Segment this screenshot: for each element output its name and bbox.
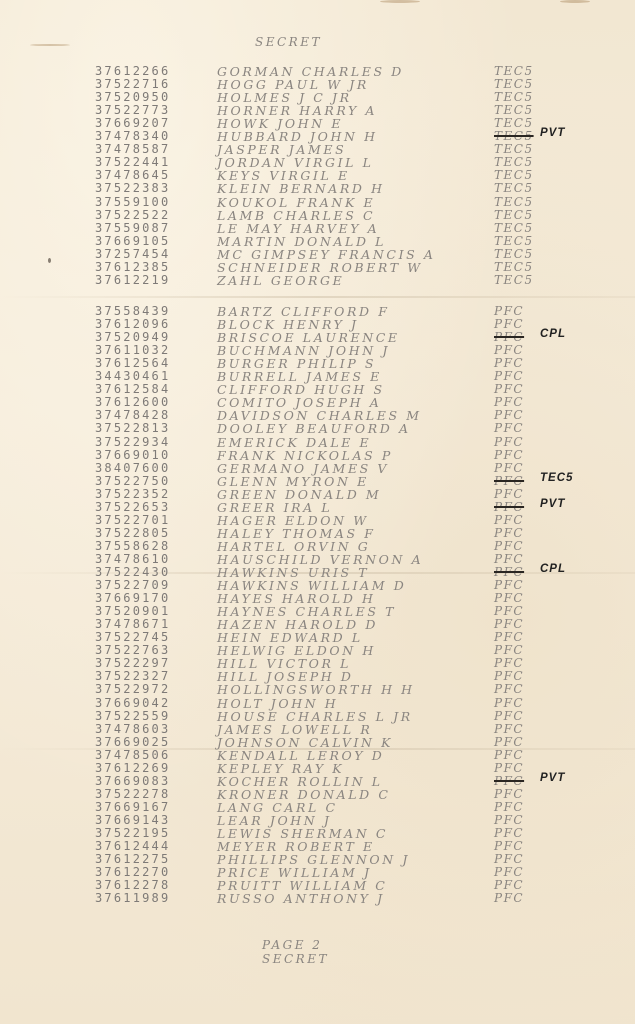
- page-number: PAGE 2: [262, 938, 329, 952]
- serial-number: 37558628: [95, 539, 170, 553]
- grade: PFC: [494, 421, 524, 435]
- serial-number: 37522813: [95, 421, 170, 435]
- grade: PFC: [494, 709, 524, 723]
- serial-number: 37478603: [95, 722, 170, 736]
- grade: TEC5: [494, 116, 534, 130]
- serial-number: 37612096: [95, 317, 170, 331]
- roster-row: 37669025JOHNSON CALVIN KPFC: [0, 735, 635, 748]
- paper-fold-line: [0, 296, 635, 298]
- handwritten-grade-correction: PVT: [540, 498, 565, 510]
- grade: PFC: [494, 304, 524, 318]
- roster-row: 37558628HARTEL ORVIN GPFC: [0, 539, 635, 552]
- grade: PFC: [494, 369, 524, 383]
- serial-number: 37669042: [95, 696, 170, 710]
- grade: PFC: [494, 395, 524, 409]
- serial-number: 37522559: [95, 709, 170, 723]
- roster-row: 37478428DAVIDSON CHARLES MPFC: [0, 408, 635, 421]
- grade: TEC5: [494, 64, 534, 78]
- handwritten-grade-correction: CPL: [540, 328, 566, 340]
- serial-number: 37478587: [95, 142, 170, 156]
- serial-number: 37669143: [95, 813, 170, 827]
- roster-row: 34430461BURRELL JAMES EPFC: [0, 369, 635, 382]
- grade: PFC: [494, 696, 524, 710]
- serial-number: 37522701: [95, 513, 170, 527]
- serial-number: 37520901: [95, 604, 170, 618]
- roster-row: 37478587JASPER JAMESTEC5: [0, 142, 635, 155]
- grade: PFC: [494, 813, 524, 827]
- serial-number: 37478671: [95, 617, 170, 631]
- grade-struck: PFC: [494, 330, 524, 344]
- grade: PFC: [494, 591, 524, 605]
- grade: PFC: [494, 435, 524, 449]
- serial-number: 37522763: [95, 643, 170, 657]
- handwritten-grade-correction: TEC5: [540, 472, 573, 484]
- serial-number: 37559087: [95, 221, 170, 235]
- serial-number: 37522383: [95, 181, 170, 195]
- serial-number: 37612278: [95, 878, 170, 892]
- roster-row: 37522750GLENN MYRON EPFCTEC5: [0, 474, 635, 487]
- roster-row: 37669083KOCHER ROLLIN LPFCPVT: [0, 774, 635, 787]
- grade: PFC: [494, 630, 524, 644]
- grade: PFC: [494, 356, 524, 370]
- serial-number: 37522327: [95, 669, 170, 683]
- roster-row: 37522701HAGER ELDON WPFC: [0, 513, 635, 526]
- roster-row: 37612444MEYER ROBERT EPFC: [0, 839, 635, 852]
- footer-classification: SECRET: [262, 952, 329, 966]
- document-page: SECRET 37612266GORMAN CHARLES DTEC537522…: [0, 0, 635, 1024]
- roster-row: 37669042HOLT JOHN HPFC: [0, 696, 635, 709]
- grade: PFC: [494, 735, 524, 749]
- roster-row: 37669010FRANK NICKOLAS PPFC: [0, 448, 635, 461]
- serial-number: 37478645: [95, 168, 170, 182]
- serial-number: 38407600: [95, 461, 170, 475]
- handwritten-grade-correction: PVT: [540, 772, 565, 784]
- serial-number: 37612270: [95, 865, 170, 879]
- grade: PFC: [494, 669, 524, 683]
- roster-row: 37611989RUSSO ANTHONY JPFC: [0, 891, 635, 904]
- roster-row: 37612275PHILLIPS GLENNON JPFC: [0, 852, 635, 865]
- grade: TEC5: [494, 103, 534, 117]
- grade: TEC5: [494, 221, 534, 235]
- serial-number: 37522934: [95, 435, 170, 449]
- serial-number: 37522278: [95, 787, 170, 801]
- serial-number: 37669167: [95, 800, 170, 814]
- grade: PFC: [494, 382, 524, 396]
- roster-row: 37522763HELWIG ELDON HPFC: [0, 643, 635, 656]
- serial-number: 37612564: [95, 356, 170, 370]
- grade: PFC: [494, 552, 524, 566]
- serial-number: 37612600: [95, 395, 170, 409]
- handwritten-grade-correction: CPL: [540, 563, 566, 575]
- serial-number: 37612219: [95, 273, 170, 287]
- grade: PFC: [494, 761, 524, 775]
- grade: PFC: [494, 461, 524, 475]
- roster-row: 37522934EMERICK DALE EPFC: [0, 435, 635, 448]
- grade: PFC: [494, 878, 524, 892]
- soldier-name: ZAHL GEORGE: [217, 273, 344, 288]
- roster-row: 37522430HAWKINS URIS TPFCCPL: [0, 565, 635, 578]
- roster-row: 37257454MC GIMPSEY FRANCIS ATEC5: [0, 247, 635, 260]
- serial-number: 37478506: [95, 748, 170, 762]
- serial-number: 37669105: [95, 234, 170, 248]
- roster-row: 37520901HAYNES CHARLES TPFC: [0, 604, 635, 617]
- grade: PFC: [494, 656, 524, 670]
- roster-row: 37612385SCHNEIDER ROBERT WTEC5: [0, 260, 635, 273]
- roster-row: 37559100KOUKOL FRANK ETEC5: [0, 195, 635, 208]
- paper-mark: [380, 0, 420, 3]
- serial-number: 37520949: [95, 330, 170, 344]
- grade: PFC: [494, 343, 524, 357]
- grade-struck: PFC: [494, 474, 524, 488]
- grade: PFC: [494, 526, 524, 540]
- grade: PFC: [494, 617, 524, 631]
- serial-number: 37612584: [95, 382, 170, 396]
- paper-mark: [560, 0, 590, 3]
- serial-number: 37611989: [95, 891, 170, 905]
- roster-row: 37522278KRONER DONALD CPFC: [0, 787, 635, 800]
- grade: TEC5: [494, 260, 534, 274]
- grade: PFC: [494, 408, 524, 422]
- roster-row: 37669143LEAR JOHN JPFC: [0, 813, 635, 826]
- serial-number: 37522430: [95, 565, 170, 579]
- grade: TEC5: [494, 273, 534, 287]
- grade: TEC5: [494, 168, 534, 182]
- roster-row: 37522195LEWIS SHERMAN CPFC: [0, 826, 635, 839]
- serial-number: 37558439: [95, 304, 170, 318]
- roster-row: 37522709HAWKINS WILLIAM DPFC: [0, 578, 635, 591]
- header-classification: SECRET: [255, 35, 322, 49]
- serial-number: 37669025: [95, 735, 170, 749]
- roster-row: 37522327HILL JOSEPH DPFC: [0, 669, 635, 682]
- serial-number: 37522352: [95, 487, 170, 501]
- serial-number: 37669170: [95, 591, 170, 605]
- roster-row: 37478671HAZEN HAROLD DPFC: [0, 617, 635, 630]
- roster-row: 37612270PRICE WILLIAM JPFC: [0, 865, 635, 878]
- handwritten-grade-correction: PVT: [540, 127, 565, 139]
- serial-number: 37522653: [95, 500, 170, 514]
- grade: TEC5: [494, 155, 534, 169]
- roster-row: 37478603JAMES LOWELL RPFC: [0, 722, 635, 735]
- roster-row: 37520949BRISCOE LAURENCEPFCCPL: [0, 330, 635, 343]
- roster-row: 37520950HOLMES J C JRTEC5: [0, 90, 635, 103]
- serial-number: 37478610: [95, 552, 170, 566]
- serial-number: 37522773: [95, 103, 170, 117]
- grade: PFC: [494, 787, 524, 801]
- soldier-name: RUSSO ANTHONY J: [217, 891, 385, 906]
- serial-number: 37522441: [95, 155, 170, 169]
- grade: PFC: [494, 800, 524, 814]
- serial-number: 37522716: [95, 77, 170, 91]
- grade: TEC5: [494, 247, 534, 261]
- roster-row: 37522972HOLLINGSWORTH H HPFC: [0, 682, 635, 695]
- paper-mark: [30, 44, 70, 46]
- roster-row: 37612600COMITO JOSEPH APFC: [0, 395, 635, 408]
- grade: TEC5: [494, 142, 534, 156]
- serial-number: 37612275: [95, 852, 170, 866]
- serial-number: 37520950: [95, 90, 170, 104]
- serial-number: 37669207: [95, 116, 170, 130]
- roster-row: 37522441JORDAN VIRGIL LTEC5: [0, 155, 635, 168]
- grade: PFC: [494, 578, 524, 592]
- serial-number: 37612266: [95, 64, 170, 78]
- grade: PFC: [494, 643, 524, 657]
- serial-number: 37611032: [95, 343, 170, 357]
- roster-row: 37522773HORNER HARRY ATEC5: [0, 103, 635, 116]
- serial-number: 34430461: [95, 369, 170, 383]
- grade: PFC: [494, 513, 524, 527]
- grade: TEC5: [494, 234, 534, 248]
- serial-number: 37612385: [95, 260, 170, 274]
- grade: TEC5: [494, 208, 534, 222]
- serial-number: 37522522: [95, 208, 170, 222]
- serial-number: 37559100: [95, 195, 170, 209]
- grade: PFC: [494, 748, 524, 762]
- grade: TEC5: [494, 77, 534, 91]
- serial-number: 37669010: [95, 448, 170, 462]
- grade-struck: TEC5: [494, 129, 534, 143]
- roster-row: 37522653GREER IRA LPFCPVT: [0, 500, 635, 513]
- grade: PFC: [494, 722, 524, 736]
- roster-row: 37522383KLEIN BERNARD HTEC5: [0, 181, 635, 194]
- roster-row: 37478506KENDALL LEROY DPFC: [0, 748, 635, 761]
- serial-number: 37522709: [95, 578, 170, 592]
- roster-row: 37612278PRUITT WILLIAM CPFC: [0, 878, 635, 891]
- serial-number: 37612269: [95, 761, 170, 775]
- serial-number: 37522195: [95, 826, 170, 840]
- grade: PFC: [494, 852, 524, 866]
- grade: PFC: [494, 539, 524, 553]
- serial-number: 37522805: [95, 526, 170, 540]
- serial-number: 37522745: [95, 630, 170, 644]
- serial-number: 37478340: [95, 129, 170, 143]
- grade: PFC: [494, 448, 524, 462]
- roster-row: 37669170HAYES HAROLD HPFC: [0, 591, 635, 604]
- roster-row: 37669167LANG CARL CPFC: [0, 800, 635, 813]
- roster-row: 37522716HOGG PAUL W JRTEC5: [0, 77, 635, 90]
- serial-number: 37612444: [95, 839, 170, 853]
- grade-struck: PFC: [494, 774, 524, 788]
- roster-row: 37522522LAMB CHARLES CTEC5: [0, 208, 635, 221]
- roster-row: 37522805HALEY THOMAS FPFC: [0, 526, 635, 539]
- roster-row: 37558439BARTZ CLIFFORD FPFC: [0, 304, 635, 317]
- roster-row: 37478340HUBBARD JOHN HTEC5PVT: [0, 129, 635, 142]
- grade: PFC: [494, 891, 524, 905]
- grade: PFC: [494, 839, 524, 853]
- grade-struck: PFC: [494, 500, 524, 514]
- page-footer: PAGE 2 SECRET: [262, 938, 329, 966]
- grade: PFC: [494, 826, 524, 840]
- serial-number: 37522750: [95, 474, 170, 488]
- roster-row: 37522813DOOLEY BEAUFORD APFC: [0, 421, 635, 434]
- roster-row: 37612564BURGER PHILIP SPFC: [0, 356, 635, 369]
- roster-row: 37559087LE MAY HARVEY ATEC5: [0, 221, 635, 234]
- grade-struck: PFC: [494, 565, 524, 579]
- serial-number: 37522972: [95, 682, 170, 696]
- grade: PFC: [494, 682, 524, 696]
- serial-number: 37669083: [95, 774, 170, 788]
- grade: TEC5: [494, 90, 534, 104]
- grade: PFC: [494, 604, 524, 618]
- grade: TEC5: [494, 195, 534, 209]
- roster-row: 37669105MARTIN DONALD LTEC5: [0, 234, 635, 247]
- serial-number: 37522297: [95, 656, 170, 670]
- grade: PFC: [494, 487, 524, 501]
- grade: TEC5: [494, 181, 534, 195]
- grade: PFC: [494, 865, 524, 879]
- serial-number: 37478428: [95, 408, 170, 422]
- roster-row: 37611032BUCHMANN JOHN JPFC: [0, 343, 635, 356]
- serial-number: 37257454: [95, 247, 170, 261]
- roster-row: 37478645KEYS VIRGIL ETEC5: [0, 168, 635, 181]
- grade: PFC: [494, 317, 524, 331]
- roster-row: 37612219ZAHL GEORGETEC5: [0, 273, 635, 286]
- roster-row: 37612266GORMAN CHARLES DTEC5: [0, 64, 635, 77]
- roster-row: 37522297HILL VICTOR LPFC: [0, 656, 635, 669]
- roster-row: 37522745HEIN EDWARD LPFC: [0, 630, 635, 643]
- roster-row: 37612584CLIFFORD HUGH SPFC: [0, 382, 635, 395]
- roster-row: 37522559HOUSE CHARLES L JRPFC: [0, 709, 635, 722]
